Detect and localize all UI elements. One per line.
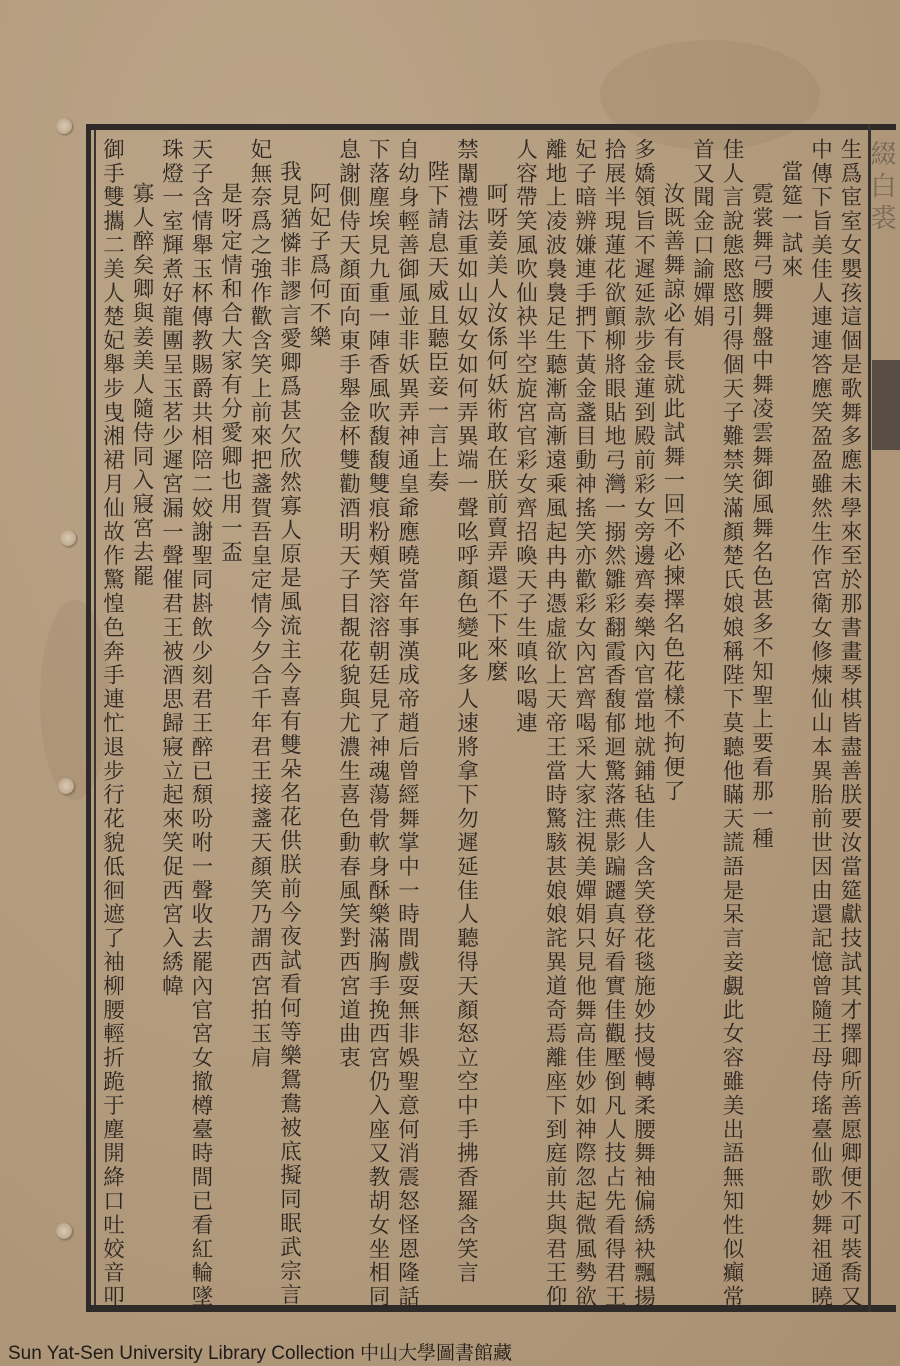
binding-hole xyxy=(60,530,76,546)
text-column: 拾展半現蓮花欲顫柳將眼貼地弓灣一搦然雛彩翻霞香馥郁迴驚落燕影蹁躚真好看實佳觀壓倒… xyxy=(599,138,629,1306)
text-column: 中傳下旨美佳人連連答應笑盈盈雖然生作宮衛女修煉仙山本異胎前世因由還記憶曾隨王母侍… xyxy=(805,138,835,1306)
text-column: 御手雙攜二美人楚妃舉步曳湘裙月仙故作驚惶色奔手連忙退步行花貌低徊遮了袖柳腰輕折跪… xyxy=(100,138,127,1306)
page-body-text: 生爲宦室女嬰孩這個是歌舞多應未學來至於那書畫琴棋皆盡善朕要汝當筵獻技試其才擇卿所… xyxy=(100,138,864,1306)
text-column: 離地上凌波裊裊足生聽漸高漸遠乘風起冉冉憑虛欲上天帝王當時驚駭甚娘娘詫異道奇焉離座… xyxy=(540,138,570,1306)
text-column: 下落塵埃見九重一陣香風吹馥馥雙痕粉頰笑溶溶朝廷見了神魂蕩骨軟身酥樂滿胸手挽西宮仍… xyxy=(363,138,393,1306)
text-column: 多嬌領旨不遲延款步金蓮到殿前彩女旁邊齊奏樂內官當地就鋪毡佳人含笑登花毯施妙技慢轉… xyxy=(628,138,658,1306)
fore-edge-fish-tail xyxy=(872,360,900,450)
text-column: 息謝側侍天顏面向東手舉金杯雙勸酒明天子目覩花貌與尤濃生喜色動春風笑對西宮道曲衷 xyxy=(333,138,363,1306)
text-column: 是呀定情和合大家有分愛卿也用一盃 xyxy=(215,138,245,1306)
binding-hole xyxy=(56,118,72,134)
text-column: 自幼身輕善御風並非妖異弄神通皇爺應曉當年事漢成帝趙后曾經舞掌中一時間戲耍無非娛聖… xyxy=(392,138,422,1306)
text-column: 佳人言說態愍愍引得個天子難禁笑滿顏楚氏娘娘稱陛下莫聽他瞞天謊語是呆言妾覷此女容雖… xyxy=(717,138,747,1306)
text-column: 阿妃子爲何不樂 xyxy=(304,138,334,1306)
text-column: 妃子暗辨嫌連手捫下黃金盞目動神搖笑亦歡彩女內宮齊喝采大家注視美嬋娟只見他舞高佳妙… xyxy=(569,138,599,1306)
text-column: 呵呀姜美人汝係何妖術敢在朕前賣弄還不下來麼 xyxy=(481,138,511,1306)
text-column: 我見猶憐非謬言愛卿爲甚欠欣然寡人原是風流主今喜有雙朵名花供朕前今夜試看何等樂鴛鴦… xyxy=(274,138,304,1306)
text-column: 生爲宦室女嬰孩這個是歌舞多應未學來至於那書畫琴棋皆盡善朕要汝當筵獻技試其才擇卿所… xyxy=(835,138,865,1306)
binding-hole xyxy=(56,1223,72,1239)
text-column: 陛下請息天威且聽臣妾一言上奏 xyxy=(422,138,452,1306)
text-column: 珠燈一室輝煮好龍團呈玉茗少遲宮漏一聲催君王被酒思歸寢立起來笑促西宮入綉幃 xyxy=(156,138,186,1306)
page-border-inner-line xyxy=(94,130,96,1305)
text-column: 汝既善舞諒必有長就此試舞一回不必揀擇名色花樣不拘便了 xyxy=(658,138,688,1306)
text-column: 人容帶笑風吹仙袂半空旋宮官彩女齊招喚天子生嗔吆喝連 xyxy=(510,138,540,1306)
text-column: 首又聞金口諭嬋娟 xyxy=(687,138,717,1306)
text-column: 寡人醉矣卿與姜美人隨侍同入寢宮去罷 xyxy=(127,138,157,1306)
text-column: 天子含情舉玉杯傳教賜爵共相陪二姣謝聖同斟飲少刻君王醉已頹吩咐一聲收去罷內官宮女撤… xyxy=(186,138,216,1306)
text-column: 禁闈禮法重如山奴女如何弄異端一聲吆呼顏色變叱多人速將拿下勿遲延佳人聽得天顏怒立空… xyxy=(451,138,481,1306)
text-column: 霓裳舞弓腰舞盤中舞凌雲舞御風舞名色甚多不知聖上要看那一種 xyxy=(746,138,776,1306)
text-column: 當筵一試來 xyxy=(776,138,806,1306)
binding-hole xyxy=(58,778,74,794)
fore-edge-divider xyxy=(868,124,871,1312)
library-credit: Sun Yat-Sen University Library Collectio… xyxy=(8,1338,512,1365)
text-column: 妃無奈爲之強作歡含笑上前來把盞賀吾皇定情今夕合千年君王接盞天顏笑乃謂西宮拍玉肩 xyxy=(245,138,275,1306)
